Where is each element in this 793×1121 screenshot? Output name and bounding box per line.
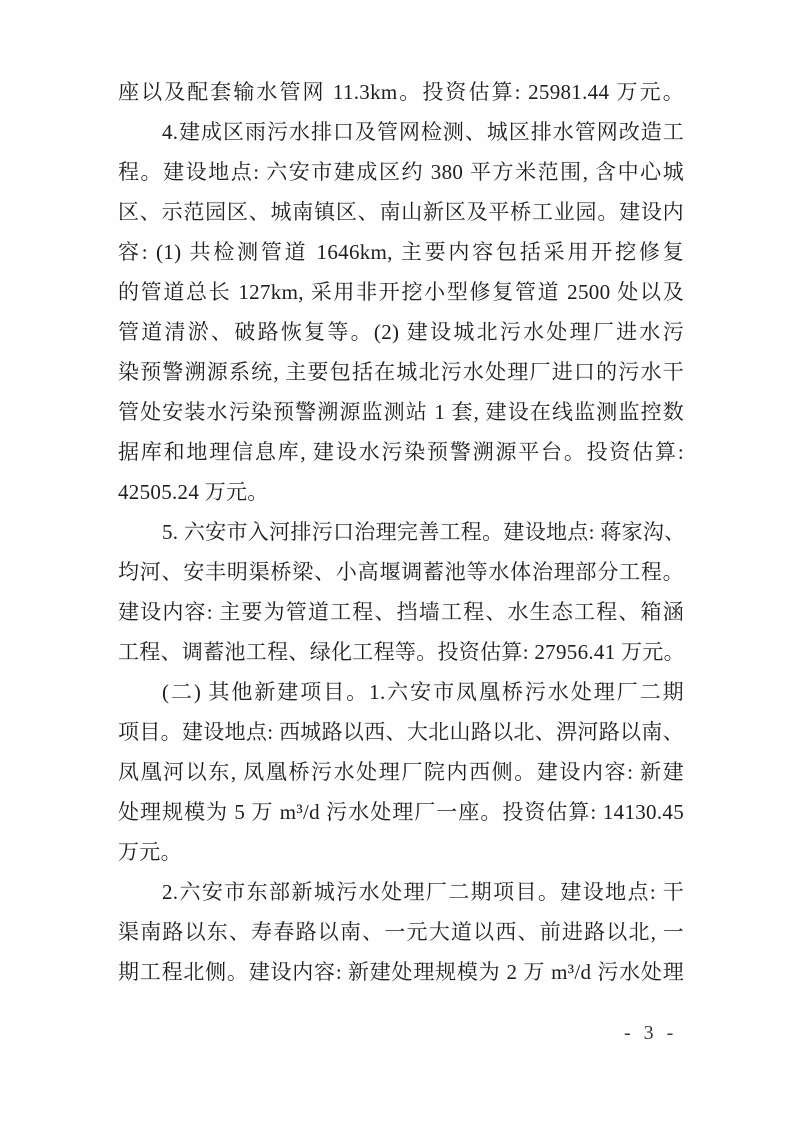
text-line: 工程、调蓄池工程、绿化工程等。投资估算: 27956.41 万元。 — [118, 632, 684, 672]
text-line: 管处安装水污染预警溯源监测站 1 套, 建设在线监测监控数 — [118, 392, 684, 432]
text-line: 区、示范园区、城南镇区、南山新区及平桥工业园。建设内 — [118, 192, 684, 232]
text-line: 2.六安市东部新城污水处理厂二期项目。建设地点: 干 — [118, 872, 684, 912]
text-line: 容: (1) 共检测管道 1646km, 主要内容包括采用开挖修复 — [118, 232, 684, 272]
text-line: 程。建设地点: 六安市建成区约 380 平方米范围, 含中心城 — [118, 152, 684, 192]
text-line: 建设内容: 主要为管道工程、挡墙工程、水生态工程、箱涵 — [118, 592, 684, 632]
text-line: 期工程北侧。建设内容: 新建处理规模为 2 万 m³/d 污水处理 — [118, 952, 684, 992]
text-line: 5. 六安市入河排污口治理完善工程。建设地点: 蒋家沟、 — [118, 512, 684, 552]
text-line: 染预警溯源系统, 主要包括在城北污水处理厂进口的污水干 — [118, 352, 684, 392]
text-line: 管道清淤、破路恢复等。(2) 建设城北污水处理厂进水污 — [118, 312, 684, 352]
text-line: 均河、安丰明渠桥梁、小高堰调蓄池等水体治理部分工程。 — [118, 552, 684, 592]
text-line: 渠南路以东、寿春路以南、一元大道以西、前进路以北, 一 — [118, 912, 684, 952]
text-line: 4.建成区雨污水排口及管网检测、城区排水管网改造工 — [118, 112, 684, 152]
text-line: 万元。 — [118, 832, 684, 872]
text-line: (二) 其他新建项目。1.六安市凤凰桥污水处理厂二期 — [118, 672, 684, 712]
text-line: 42505.24 万元。 — [118, 472, 684, 512]
text-line: 处理规模为 5 万 m³/d 污水处理厂一座。投资估算: 14130.45 — [118, 792, 684, 832]
text-line: 据库和地理信息库, 建设水污染预警溯源平台。投资估算: — [118, 432, 684, 472]
page-number: - 3 - — [624, 1019, 677, 1047]
text-line: 凤凰河以东, 凤凰桥污水处理厂院内西侧。建设内容: 新建 — [118, 752, 684, 792]
document-page: 座以及配套输水管网 11.3km。投资估算: 25981.44 万元。 4.建成… — [0, 0, 793, 1121]
text-line: 项目。建设地点: 西城路以西、大北山路以北、淠河路以南、 — [118, 712, 684, 752]
text-line: 的管道总长 127km, 采用非开挖小型修复管道 2500 处以及 — [118, 272, 684, 312]
text-line: 座以及配套输水管网 11.3km。投资估算: 25981.44 万元。 — [118, 72, 684, 112]
document-body: 座以及配套输水管网 11.3km。投资估算: 25981.44 万元。 4.建成… — [118, 72, 684, 992]
